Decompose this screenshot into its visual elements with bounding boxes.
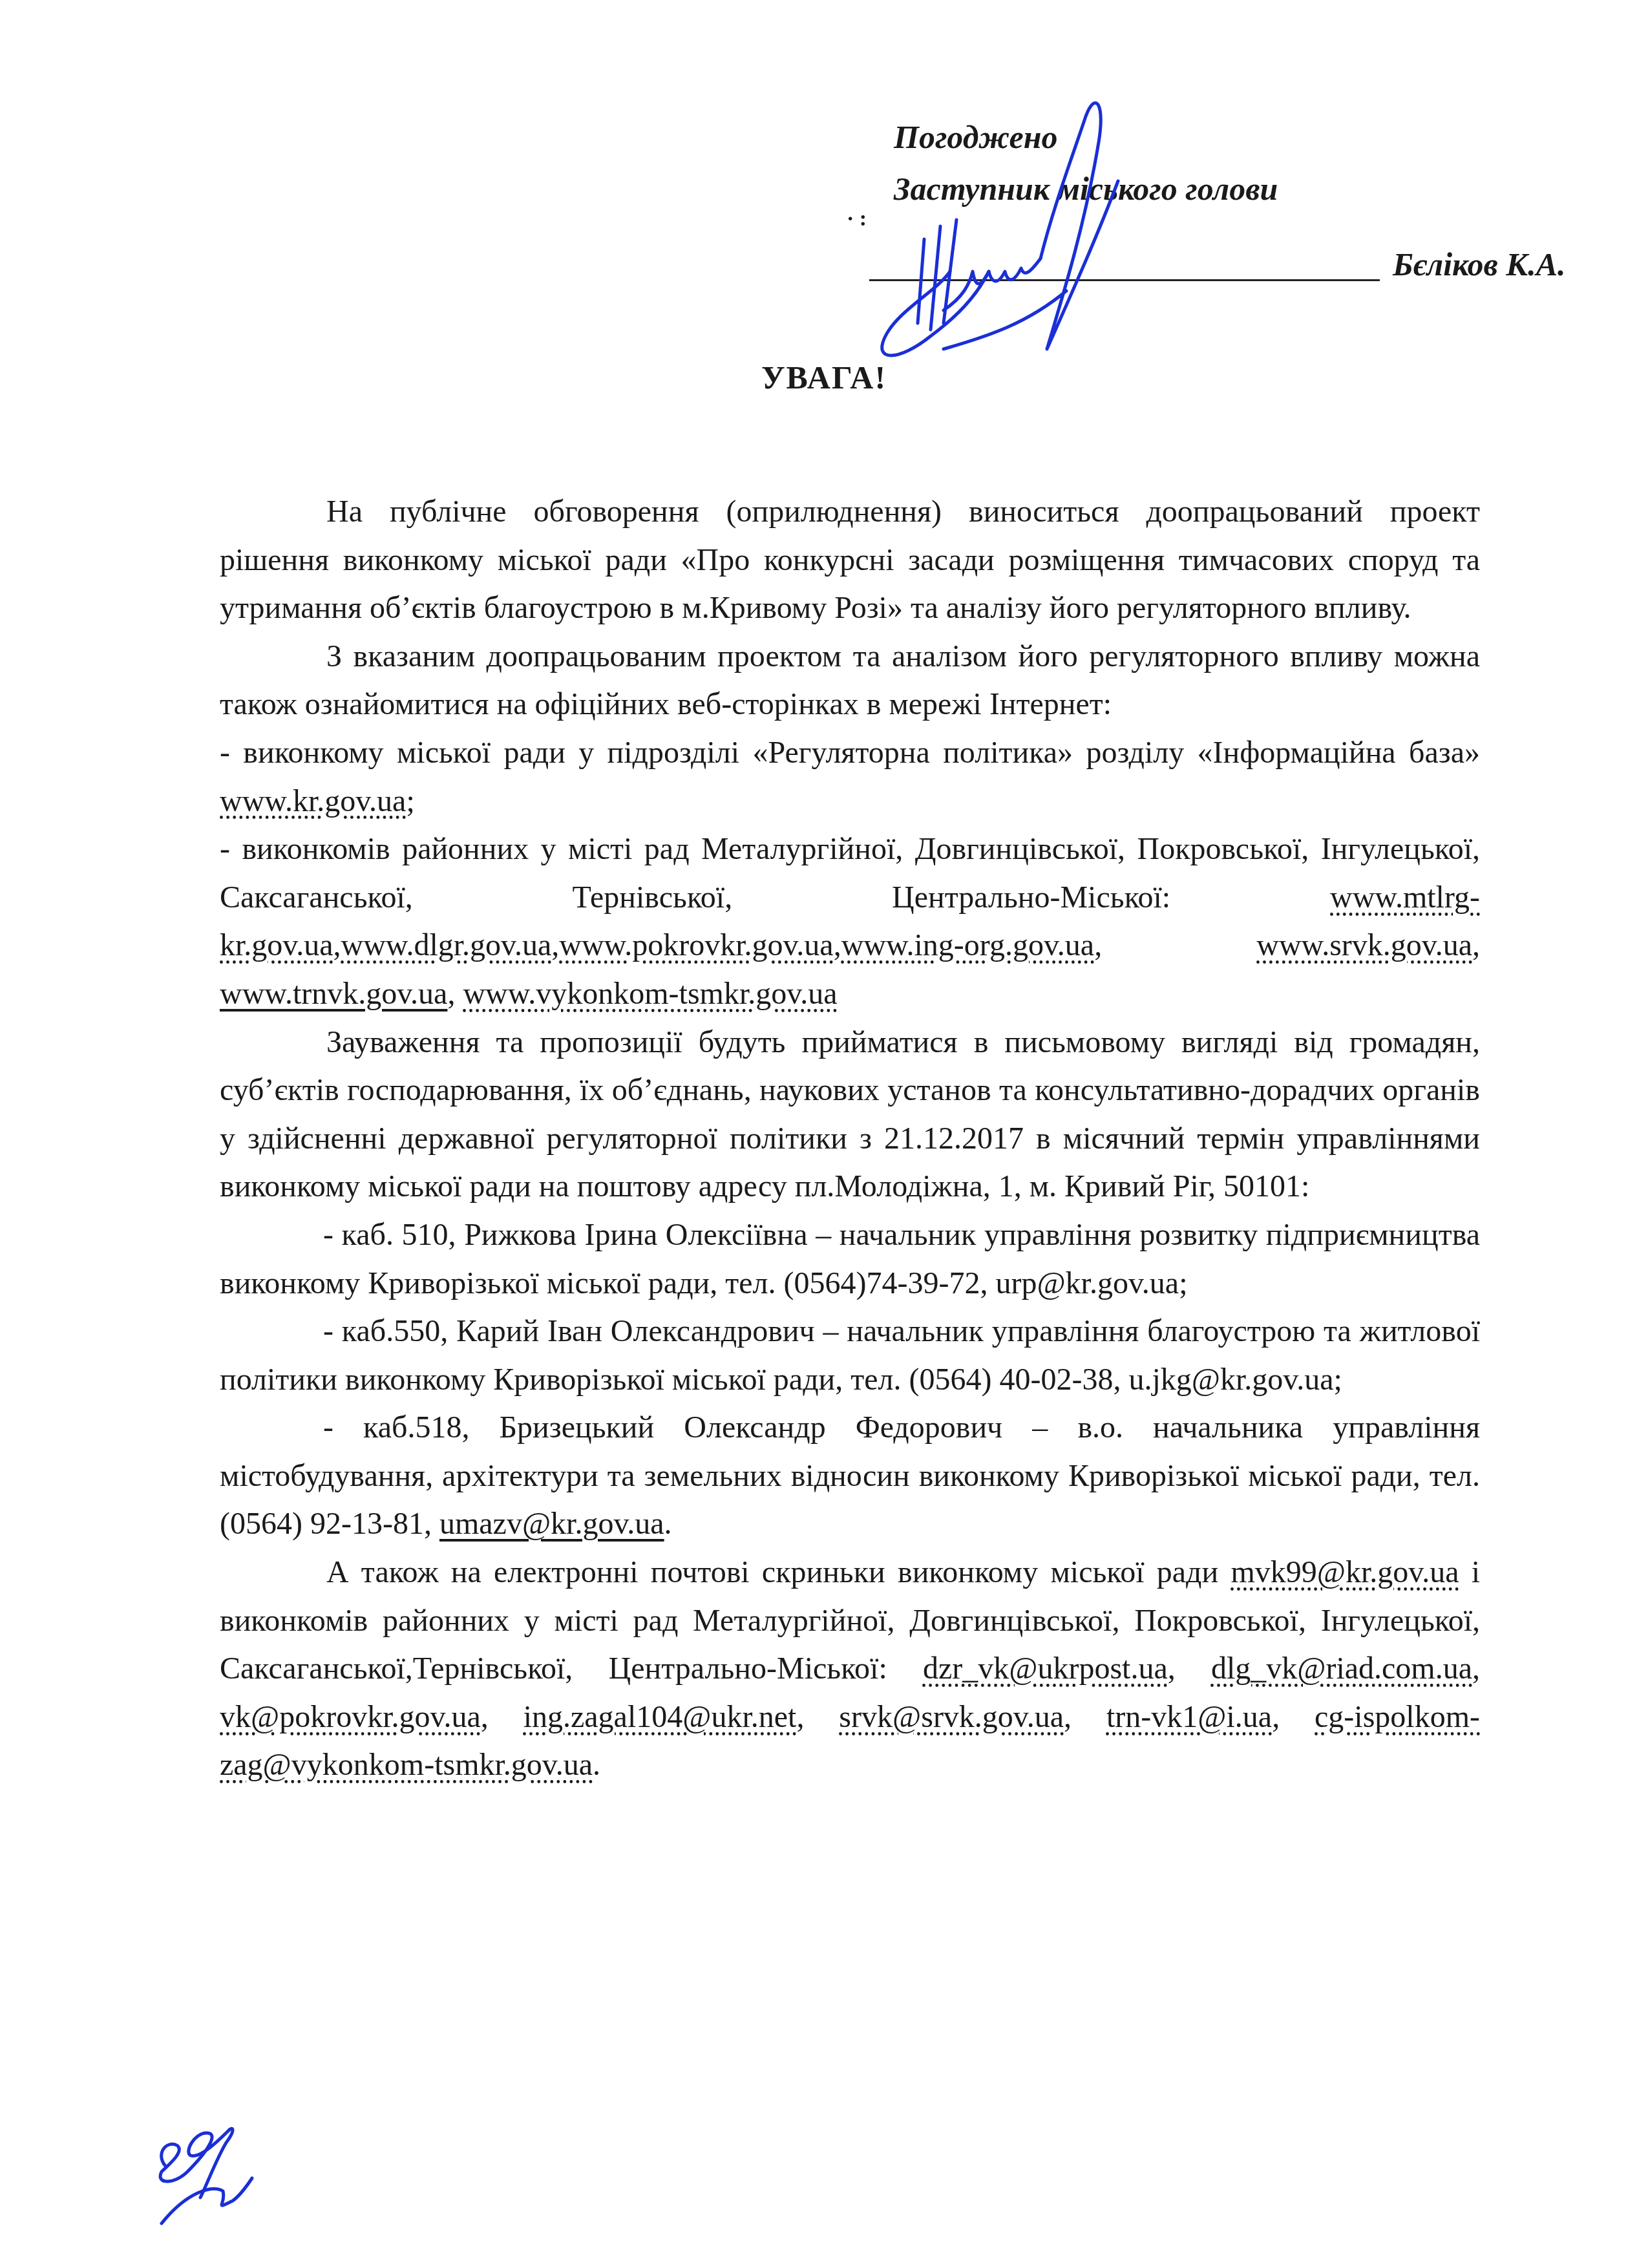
document-title: УВАГА! bbox=[0, 359, 1648, 396]
punctuation: ; bbox=[1334, 1362, 1342, 1397]
contact-email[interactable]: umazv@kr.gov.ua bbox=[439, 1507, 664, 1541]
link-srvk[interactable]: www.srvk.gov.ua bbox=[1256, 928, 1472, 962]
paragraph-comments: Зауваження та пропозиції будуть приймати… bbox=[220, 1019, 1480, 1211]
handwritten-initials-icon bbox=[149, 2114, 278, 2243]
email-ing-zagal[interactable]: ing.zagal104@ukr.net bbox=[523, 1700, 797, 1734]
paragraph-emails: А також на електронні почтові скриньки в… bbox=[220, 1549, 1480, 1790]
link-ing-org[interactable]: www.ing-org.gov.ua bbox=[841, 928, 1095, 962]
contact-item: - каб.550, Карий Іван Олександрович – на… bbox=[220, 1308, 1480, 1404]
document-body: На публічне обговорення (оприлюднення) в… bbox=[220, 488, 1480, 1790]
paragraph-city-site: - виконкому міської ради у підрозділі «Р… bbox=[220, 729, 1480, 825]
email-mvk99[interactable]: mvk99@kr.gov.ua bbox=[1231, 1555, 1459, 1589]
district-sites-text: - виконкомів районних у місті рад Металу… bbox=[220, 832, 1480, 915]
link-pokrovkr[interactable]: www.pokrovkr.gov.ua bbox=[559, 928, 833, 962]
link-dlgr[interactable]: www.dlgr.gov.ua bbox=[341, 928, 552, 962]
punctuation: . bbox=[664, 1507, 672, 1541]
contact-item: - каб. 510, Рижкова Ірина Олексіївна – н… bbox=[220, 1211, 1480, 1308]
contact-email[interactable]: u.jkg@kr.gov.ua bbox=[1128, 1362, 1333, 1397]
email-srvk[interactable]: srvk@srvk.gov.ua bbox=[839, 1700, 1064, 1734]
paragraph-online-access: З вказаним доопрацьованим проектом та ан… bbox=[220, 633, 1480, 729]
link-vykonkom-tsmkr[interactable]: www.vykonkom-tsmkr.gov.ua bbox=[463, 977, 837, 1011]
handwritten-signature-icon bbox=[860, 78, 1196, 375]
contact-item: - каб.518, Бризецький Олександр Федорови… bbox=[220, 1404, 1480, 1549]
city-site-text: - виконкому міської ради у підрозділі «Р… bbox=[220, 736, 1480, 770]
contact-text: - каб.518, Бризецький Олександр Федорови… bbox=[220, 1410, 1480, 1541]
email-dzr-vk[interactable]: dzr_vk@ukrpost.ua bbox=[923, 1651, 1168, 1686]
contact-text: - каб. 510, Рижкова Ірина Олексіївна – н… bbox=[220, 1218, 1480, 1300]
punctuation: ; bbox=[406, 784, 414, 818]
punctuation: ; bbox=[1179, 1266, 1187, 1300]
punctuation: . bbox=[593, 1748, 600, 1782]
email-pokrovkr[interactable]: vk@pokrovkr.gov.ua bbox=[220, 1700, 481, 1734]
paragraph-announcement: На публічне обговорення (оприлюднення) в… bbox=[220, 488, 1480, 633]
signer-name: Бєліков К.А. bbox=[1393, 246, 1566, 283]
email-dlg-vk[interactable]: dlg_vk@riad.com.ua bbox=[1211, 1651, 1472, 1686]
emails-intro: А також на електронні почтові скриньки в… bbox=[326, 1555, 1218, 1589]
email-trn-vk1[interactable]: trn-vk1@i.ua bbox=[1106, 1700, 1272, 1734]
link-kr-gov-ua[interactable]: www.kr.gov.ua bbox=[220, 784, 406, 818]
paragraph-district-sites: - виконкомів районних у місті рад Металу… bbox=[220, 825, 1480, 1018]
contact-email[interactable]: urp@kr.gov.ua bbox=[995, 1266, 1179, 1300]
link-trnvk[interactable]: www.trnvk.gov.ua bbox=[220, 977, 447, 1011]
